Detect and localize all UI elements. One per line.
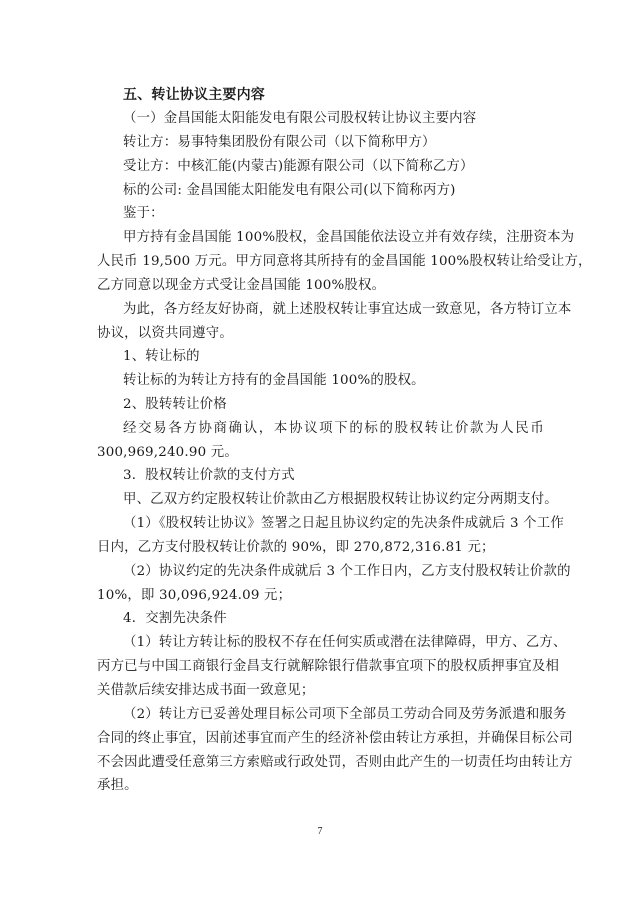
item-4-sub-2: 不会因此遭受任意第三方索赔或行政处罚，否则由此产生的一切责任均由转让方 (97, 754, 544, 772)
paragraph-line: 为此，各方经友好协商，就上述股权转让事宜达成一致意见，各方特订立本 (123, 301, 544, 319)
transferor-line: 转让方：易事特集团股份有限公司（以下简称甲方） (123, 134, 544, 152)
paragraph-line: 人民币 19,500 万元。甲方同意将其所持有的金昌国能 100%股权转让给受让… (97, 253, 544, 271)
transferee-line: 受让方：中核汇能(内蒙古)能源有限公司（以下简称乙方） (123, 158, 544, 176)
paragraph-line: 甲方持有金昌国能 100%股权，金昌国能依法设立并有效存续，注册资本为 (123, 229, 544, 247)
item-4-sub-1: （1）转让方转让标的股权不存在任何实质或潜在法律障碍，甲方、乙方、 (123, 634, 544, 652)
document-page: 五、转让协议主要内容 （一）金昌国能太阳能发电有限公司股权转让协议主要内容 转让… (0, 0, 640, 905)
item-2-text: 经交易各方协商确认，本协议项下的标的股权转让价款为人民币 (123, 420, 544, 438)
item-4-sub-2: （2）转让方已妥善处理目标公司项下全部员工劳动合同及劳务派遣和服务 (123, 706, 544, 724)
item-3-title: 3．股权转让价款的支付方式 (123, 467, 544, 485)
item-3-sub-2: （2）协议约定的先决条件成就后 3 个工作日内，乙方支付股权转让价款的 (123, 563, 544, 581)
item-2-title: 2、股转转让价格 (123, 396, 544, 414)
section-heading: 五、转让协议主要内容 (123, 86, 544, 104)
item-1-title: 1、转让标的 (123, 348, 544, 366)
item-4-sub-1: 丙方已与中国工商银行金昌支行就解除银行借款事宜项下的股权质押事宜及相 (97, 658, 544, 676)
item-3-text: 甲、乙双方约定股权转让价款由乙方根据股权转让协议约定分两期支付。 (123, 491, 544, 509)
page-number: 7 (0, 826, 640, 837)
whereas-label: 鉴于： (123, 205, 544, 223)
target-company-line: 标的公司: 金昌国能太阳能发电有限公司(以下简称丙方) (123, 182, 544, 200)
item-4-sub-1: 关借款后续安排达成书面一致意见； (97, 682, 544, 700)
subheading: （一）金昌国能太阳能发电有限公司股权转让协议主要内容 (123, 110, 544, 128)
item-1-text: 转让标的为转让方持有的金昌国能 100%的股权。 (123, 372, 544, 390)
item-2-text: 300,969,240.90 元。 (97, 444, 544, 462)
paragraph-line: 协议，以资共同遵守。 (97, 325, 544, 343)
item-4-sub-2: 合同的终止事宜，因前述事宜而产生的经济补偿由转让方承担，并确保目标公司 (97, 730, 544, 748)
item-4-title: 4．交割先决条件 (123, 610, 544, 628)
item-3-sub-1: 日内，乙方支付股权转让价款的 90%，即 270,872,316.81 元； (97, 539, 544, 557)
item-3-sub-1: （1）《股权转让协议》签署之日起且协议约定的先决条件成就后 3 个工作 (123, 515, 544, 533)
item-3-sub-2: 10%，即 30,096,924.09 元； (97, 587, 544, 605)
item-4-sub-2: 承担。 (97, 777, 544, 795)
paragraph-line: 乙方同意以现金方式受让金昌国能 100%股权。 (97, 277, 544, 295)
